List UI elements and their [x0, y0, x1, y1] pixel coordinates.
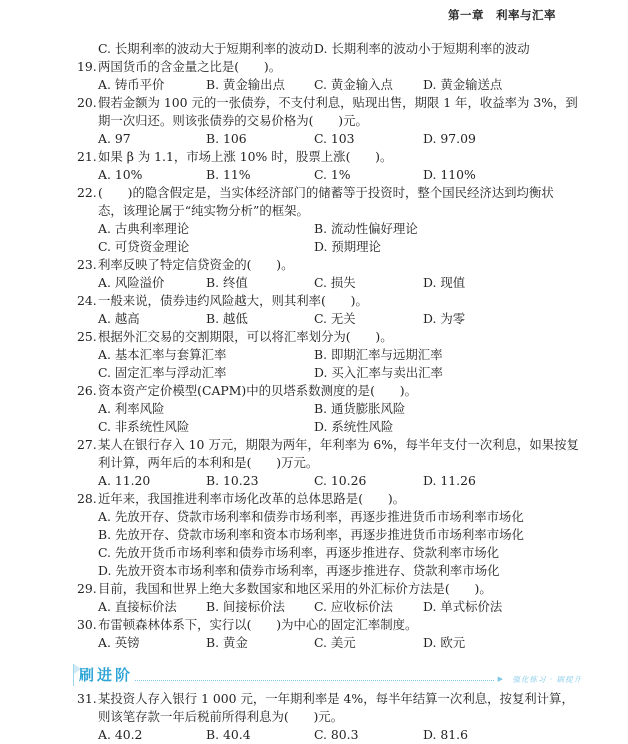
options-row: A. 越高B. 越低C. 无关D. 为零: [77, 310, 582, 328]
option-a: A. 英镑: [98, 634, 140, 652]
option-a: A. 风险溢价: [98, 274, 164, 292]
question-stem: 27.某人在银行存入 10 万元，期限为两年，年利率为 6%，每半年支付一次利息…: [77, 436, 582, 454]
section-banner: 刷进阶 ▶ 强化练习 · 刷提升: [77, 662, 582, 688]
question-text: 一般来说，债券违约风险越大，则其利率( )。: [98, 293, 368, 308]
option-c: C. 可贷资金理论: [98, 238, 189, 256]
option-a: A. 10%: [98, 166, 142, 184]
question-stem-continued: 则该笔存款一年后税前所得利息为( )元。: [77, 708, 582, 726]
options-row: C. 可贷资金理论D. 预期理论: [77, 238, 582, 256]
option-b: B. 先放开存、贷款市场利率和资本市场利率，再逐步推进货币市场利率市场化: [77, 526, 582, 544]
question-text: 目前，我国和世界上绝大多数国家和地区采用的外汇标价方法是( )。: [98, 581, 492, 596]
question-text: 布雷顿森林体系下，实行以( )为中心的固定汇率制度。: [98, 617, 417, 632]
question-number: 26.: [77, 382, 98, 400]
options-row: A. 11.20B. 10.23C. 10.26D. 11.26: [77, 472, 582, 490]
question-stem: 21.如果 β 为 1.1，市场上涨 10% 时，股票上涨( )。: [77, 148, 582, 166]
option-a: A. 铸币平价: [98, 76, 164, 94]
options-row: A. 直接标价法B. 间接标价法C. 应收标价法D. 单式标价法: [77, 598, 582, 616]
options-row: A. 97B. 106C. 103D. 97.09: [77, 130, 582, 148]
option-b: B. 106: [206, 130, 247, 148]
option-d: D. 81.6: [423, 726, 468, 744]
option-d: D. 11.26: [423, 472, 476, 490]
option-b: B. 通货膨胀风险: [314, 400, 405, 418]
option-b: B. 越低: [206, 310, 248, 328]
option-d: D. 买入汇率与卖出汇率: [314, 364, 443, 382]
question-29: 29.目前，我国和世界上绝大多数国家和地区采用的外汇标价方法是( )。A. 直接…: [77, 580, 582, 616]
question-text: 某投资人存入银行 1 000 元，一年期利率是 4%，每半年结算一次利息，按复利…: [98, 691, 574, 706]
question-text: 态，该理论属于“纯实物分析”的框架。: [98, 203, 309, 218]
question-number: 24.: [77, 292, 98, 310]
options-row: C. 非系统性风险D. 系统性风险: [77, 418, 582, 436]
running-header: 第一章利率与汇率: [448, 7, 556, 23]
question-text: 两国货币的含金量之比是( )。: [98, 59, 281, 74]
question-30: 30.布雷顿森林体系下，实行以( )为中心的固定汇率制度。A. 英镑B. 黄金C…: [77, 616, 582, 652]
question-number: 22.: [77, 184, 98, 202]
section-tag: 强化练习 · 刷提升: [512, 674, 582, 685]
question-stem-continued: 态，该理论属于“纯实物分析”的框架。: [77, 202, 582, 220]
question-number: 31.: [77, 690, 98, 708]
question-text: 则该笔存款一年后税前所得利息为( )元。: [98, 709, 343, 724]
question-number: 20.: [77, 94, 98, 112]
option-a: A. 11.20: [98, 472, 150, 490]
option-b: B. 流动性偏好理论: [314, 220, 418, 238]
dotted-divider: [135, 680, 494, 681]
question-number: 27.: [77, 436, 98, 454]
question-25: 25.根据外汇交易的交割期限，可以将汇率划分为( )。A. 基本汇率与套算汇率B…: [77, 328, 582, 382]
option-a: A. 97: [98, 130, 131, 148]
question-text: 如果 β 为 1.1，市场上涨 10% 时，股票上涨( )。: [98, 149, 392, 164]
option-d: D. 黄金输送点: [423, 76, 502, 94]
question-stem: 25.根据外汇交易的交割期限，可以将汇率划分为( )。: [77, 328, 582, 346]
question-text: 某人在银行存入 10 万元，期限为两年，年利率为 6%，每半年支付一次利息，如果…: [98, 437, 579, 452]
options-row: A. 利率风险B. 通货膨胀风险: [77, 400, 582, 418]
option-c: C. 先放开货币市场利率和债券市场利率，再逐步推进存、贷款利率市场化: [77, 544, 582, 562]
question-stem: 19.两国货币的含金量之比是( )。: [77, 58, 582, 76]
options-row: A. 英镑B. 黄金C. 美元D. 欧元: [77, 634, 582, 652]
option-d: D. 为零: [423, 310, 465, 328]
question-19: 19.两国货币的含金量之比是( )。A. 铸币平价B. 黄金输出点C. 黄金输入…: [77, 58, 582, 94]
question-stem: 23.利率反映了特定信贷资金的( )。: [77, 256, 582, 274]
options-row: A. 风险溢价B. 终值C. 损失D. 现值: [77, 274, 582, 292]
options-row: C. 固定汇率与浮动汇率D. 买入汇率与卖出汇率: [77, 364, 582, 382]
option-d: D. 欧元: [423, 634, 465, 652]
arrow-icon: ▶: [498, 675, 503, 683]
option-a: A. 直接标价法: [98, 598, 177, 616]
option-a: A. 先放开存、贷款市场利率和债券市场利率，再逐步推进货币市场利率市场化: [77, 508, 582, 526]
option-c: C. 80.3: [314, 726, 359, 744]
question-21: 21.如果 β 为 1.1，市场上涨 10% 时，股票上涨( )。A. 10%B…: [77, 148, 582, 184]
option-c: C. 损失: [314, 274, 356, 292]
question-text: 利率反映了特定信贷资金的( )。: [98, 257, 294, 272]
option-b: B. 即期汇率与远期汇率: [314, 346, 443, 364]
option-c: C. 应收标价法: [314, 598, 393, 616]
option-b: B. 间接标价法: [206, 598, 285, 616]
chapter-number: 第一章: [448, 8, 484, 22]
option-b: B. 黄金: [206, 634, 248, 652]
option-c: C. 无关: [314, 310, 356, 328]
question-text: 利计算，两年后的本利和是( )万元。: [98, 455, 318, 470]
questions-section: 31.某投资人存入银行 1 000 元，一年期利率是 4%，每半年结算一次利息，…: [77, 690, 582, 744]
question-20: 20.假若金额为 100 元的一张债券，不支付利息，贴现出售，期限 1 年，收益…: [77, 94, 582, 148]
option-d: D. 系统性风险: [314, 418, 393, 436]
option-d: D. 110%: [423, 166, 476, 184]
option-a: A. 越高: [98, 310, 140, 328]
carryover-options: C. 长期利率的波动大于短期利率的波动 D. 长期利率的波动小于短期利率的波动: [77, 40, 582, 58]
options-row: A. 10%B. 11%C. 1%D. 110%: [77, 166, 582, 184]
option-d: D. 预期理论: [314, 238, 381, 256]
question-text: 期一次归还。则该张债券的交易价格为( )元。: [98, 113, 368, 128]
chapter-title: 利率与汇率: [496, 8, 556, 22]
question-26: 26.资本资产定价模型(CAPM)中的贝塔系数测度的是( )。A. 利率风险B.…: [77, 382, 582, 436]
question-stem: 26.资本资产定价模型(CAPM)中的贝塔系数测度的是( )。: [77, 382, 582, 400]
question-number: 23.: [77, 256, 98, 274]
question-28: 28.近年来，我国推进利率市场化改革的总体思路是( )。A. 先放开存、贷款市场…: [77, 490, 582, 580]
option-d: D. 长期利率的波动小于短期利率的波动: [314, 40, 530, 58]
question-stem-continued: 利计算，两年后的本利和是( )万元。: [77, 454, 582, 472]
question-number: 30.: [77, 616, 98, 634]
option-c: C. 美元: [314, 634, 356, 652]
section-title: 刷进阶: [79, 664, 133, 685]
option-a: A. 古典利率理论: [98, 220, 189, 238]
options-row: A. 古典利率理论B. 流动性偏好理论: [77, 220, 582, 238]
option-a: A. 利率风险: [98, 400, 164, 418]
option-b: B. 10.23: [206, 472, 258, 490]
question-stem: 29.目前，我国和世界上绝大多数国家和地区采用的外汇标价方法是( )。: [77, 580, 582, 598]
option-b: B. 终值: [206, 274, 248, 292]
question-text: 近年来，我国推进利率市场化改革的总体思路是( )。: [98, 491, 405, 506]
option-b: B. 40.4: [206, 726, 251, 744]
option-d: D. 97.09: [423, 130, 476, 148]
option-c: C. 黄金输入点: [314, 76, 393, 94]
question-stem: 20.假若金额为 100 元的一张债券，不支付利息，贴现出售，期限 1 年，收益…: [77, 94, 582, 112]
question-text: 假若金额为 100 元的一张债券，不支付利息，贴现出售，期限 1 年，收益率为 …: [98, 95, 578, 110]
options-row: A. 40.2B. 40.4C. 80.3D. 81.6: [77, 726, 582, 744]
question-24: 24.一般来说，债券违约风险越大，则其利率( )。A. 越高B. 越低C. 无关…: [77, 292, 582, 328]
question-stem: 31.某投资人存入银行 1 000 元，一年期利率是 4%，每半年结算一次利息，…: [77, 690, 582, 708]
question-number: 25.: [77, 328, 98, 346]
option-a: A. 基本汇率与套算汇率: [98, 346, 226, 364]
question-31: 31.某投资人存入银行 1 000 元，一年期利率是 4%，每半年结算一次利息，…: [77, 690, 582, 744]
question-stem: 30.布雷顿森林体系下，实行以( )为中心的固定汇率制度。: [77, 616, 582, 634]
option-b: B. 黄金输出点: [206, 76, 285, 94]
question-text: 资本资产定价模型(CAPM)中的贝塔系数测度的是( )。: [98, 383, 417, 398]
option-d: D. 先放开资本市场利率和债券市场利率，再逐步推进存、贷款利率市场化: [77, 562, 582, 580]
question-text: ( )的隐含假定是，当实体经济部门的储蓄等于投资时，整个国民经济达到均衡状: [98, 185, 554, 200]
question-stem: 24.一般来说，债券违约风险越大，则其利率( )。: [77, 292, 582, 310]
question-list: C. 长期利率的波动大于短期利率的波动 D. 长期利率的波动小于短期利率的波动 …: [77, 40, 582, 744]
questions-main: 19.两国货币的含金量之比是( )。A. 铸币平价B. 黄金输出点C. 黄金输入…: [77, 58, 582, 652]
question-text: 根据外汇交易的交割期限，可以将汇率划分为( )。: [98, 329, 393, 344]
question-number: 29.: [77, 580, 98, 598]
option-b: B. 11%: [206, 166, 251, 184]
question-23: 23.利率反映了特定信贷资金的( )。A. 风险溢价B. 终值C. 损失D. 现…: [77, 256, 582, 292]
question-stem: 22.( )的隐含假定是，当实体经济部门的储蓄等于投资时，整个国民经济达到均衡状: [77, 184, 582, 202]
question-22: 22.( )的隐含假定是，当实体经济部门的储蓄等于投资时，整个国民经济达到均衡状…: [77, 184, 582, 256]
options-row: A. 基本汇率与套算汇率B. 即期汇率与远期汇率: [77, 346, 582, 364]
option-c: C. 长期利率的波动大于短期利率的波动: [98, 40, 313, 58]
question-stem-continued: 期一次归还。则该张债券的交易价格为( )元。: [77, 112, 582, 130]
option-d: D. 现值: [423, 274, 465, 292]
option-c: C. 1%: [314, 166, 351, 184]
option-c: C. 固定汇率与浮动汇率: [98, 364, 226, 382]
question-number: 28.: [77, 490, 98, 508]
question-number: 21.: [77, 148, 98, 166]
options-row: A. 铸币平价B. 黄金输出点C. 黄金输入点D. 黄金输送点: [77, 76, 582, 94]
option-c: C. 103: [314, 130, 355, 148]
question-27: 27.某人在银行存入 10 万元，期限为两年，年利率为 6%，每半年支付一次利息…: [77, 436, 582, 490]
option-c: C. 非系统性风险: [98, 418, 189, 436]
question-stem: 28.近年来，我国推进利率市场化改革的总体思路是( )。: [77, 490, 582, 508]
option-c: C. 10.26: [314, 472, 366, 490]
option-d: D. 单式标价法: [423, 598, 502, 616]
option-a: A. 40.2: [98, 726, 142, 744]
question-number: 19.: [77, 58, 98, 76]
